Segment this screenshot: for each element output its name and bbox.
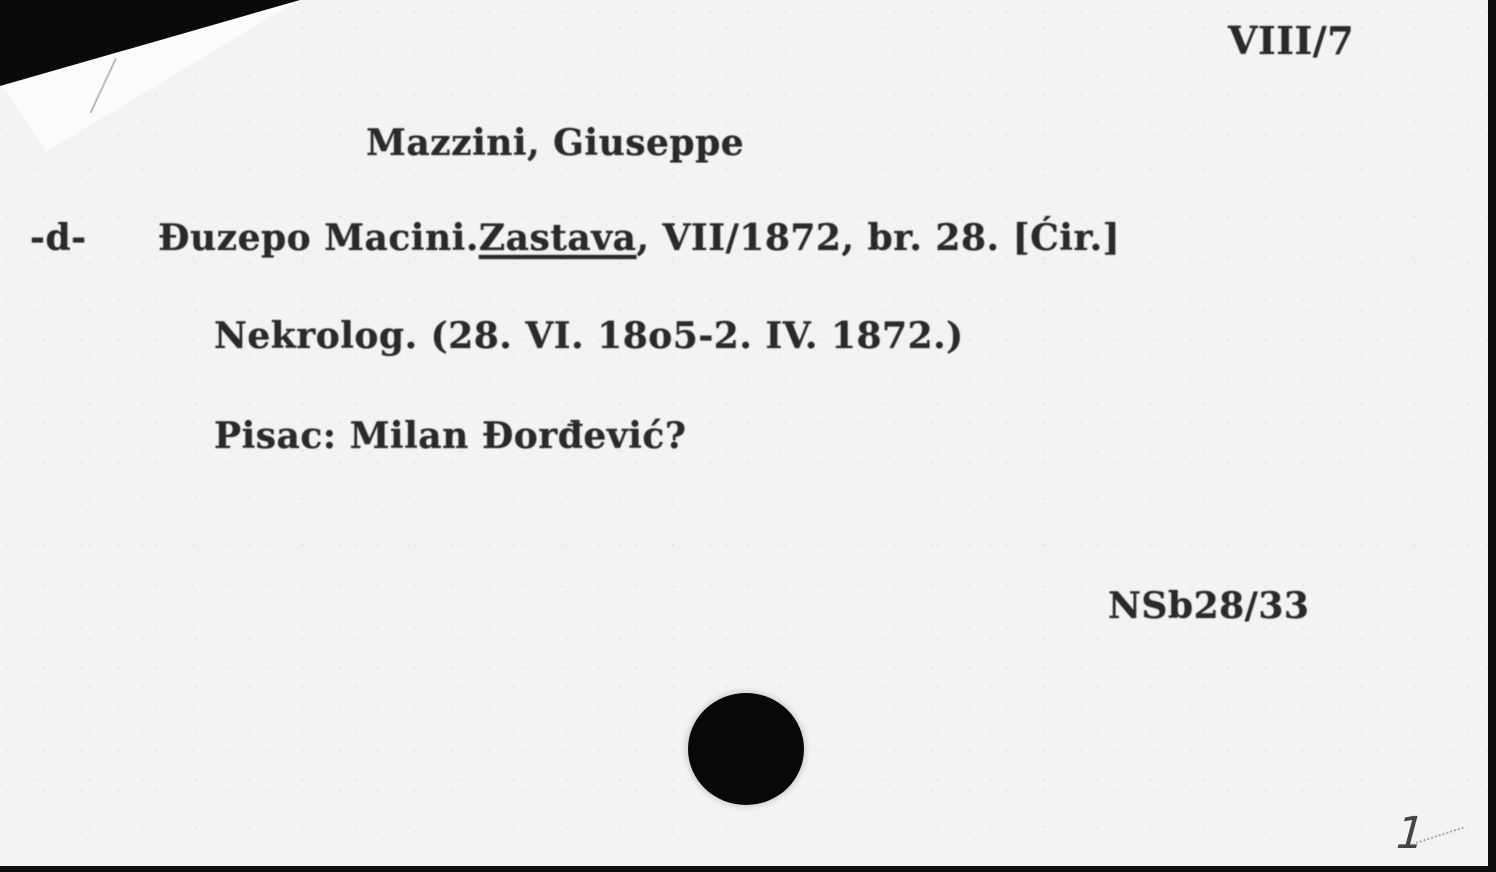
card-heading: Mazzini, Giuseppe (366, 122, 744, 164)
entry-title: Đuzepo Macini. (158, 217, 479, 259)
journal-name: Zastava (479, 217, 637, 259)
index-card: VIII/7 Mazzini, Giuseppe -d- Đuzepo Maci… (0, 0, 1488, 866)
author-line: Pisac: Milan Đorđević? (214, 415, 686, 457)
handwritten-number: 1 (1389, 808, 1431, 859)
shelfmark: NSb28/33 (1108, 585, 1309, 627)
punch-hole (688, 693, 804, 805)
entry-description: Nekrolog. (28. VI. 18o5-2. IV. 1872.) (214, 315, 964, 357)
call-number: VIII/7 (1228, 18, 1354, 63)
scan-border-bottom (0, 866, 1496, 872)
scan-border-right (1488, 0, 1496, 872)
entry-citation-line: Đuzepo Macini.Zastava, VII/1872, br. 28.… (158, 217, 1120, 259)
entry-prefix: -d- (30, 217, 87, 259)
script-note: [Ćir.] (1013, 217, 1121, 259)
citation-details: , VII/1872, br. 28. (636, 217, 1012, 259)
